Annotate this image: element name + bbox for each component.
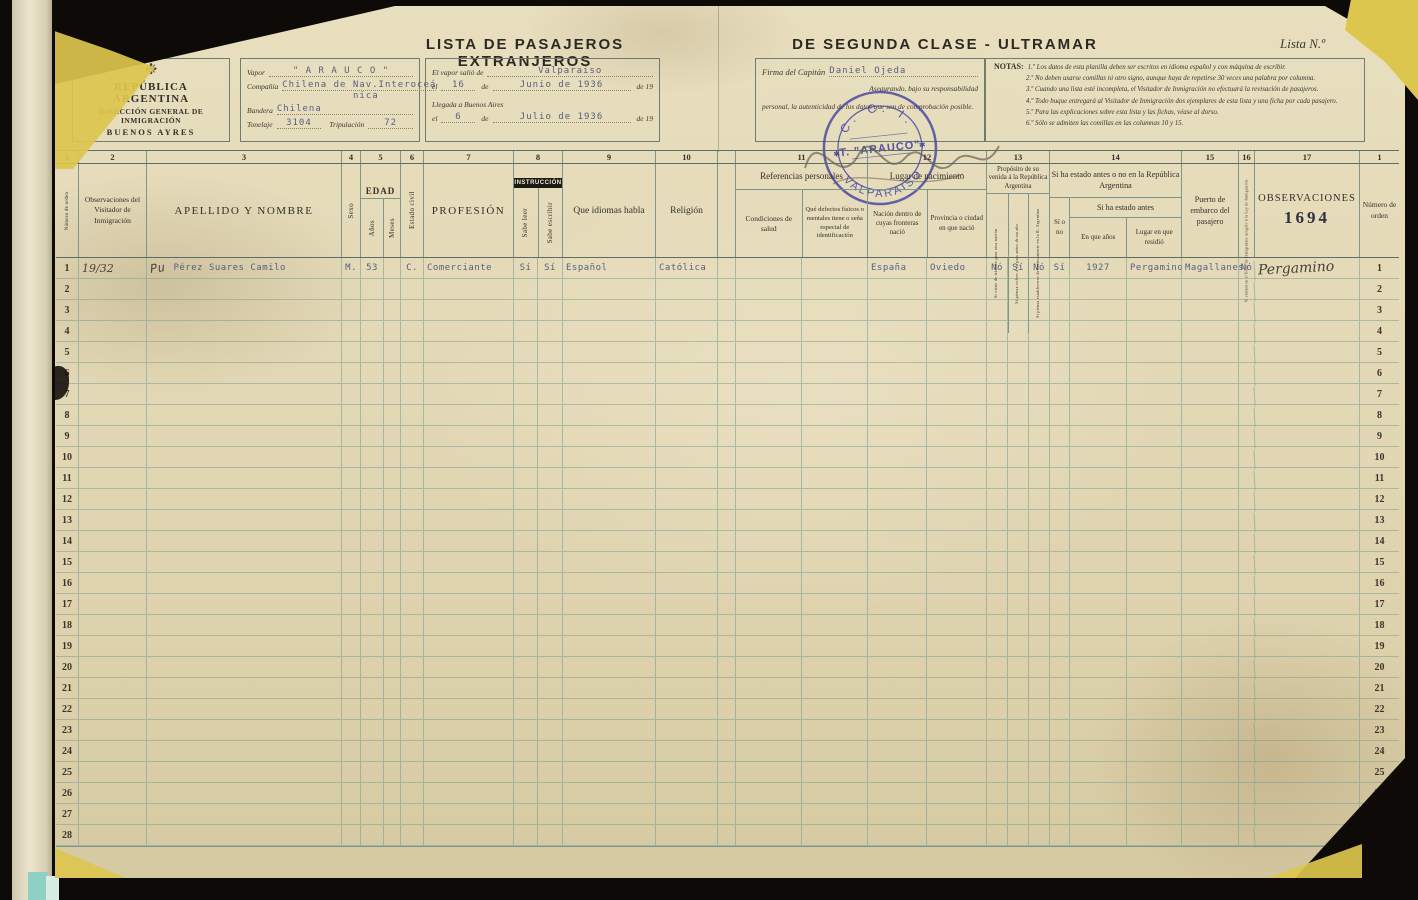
cell-defectos <box>801 447 867 467</box>
column-number: 9 <box>562 151 655 163</box>
cell-hotel <box>1238 720 1254 740</box>
cell-antes_anos <box>1069 426 1126 446</box>
cell-religion <box>655 573 717 593</box>
column-number: 13 <box>986 151 1049 163</box>
cell-religion <box>655 321 717 341</box>
cell-gap <box>717 384 735 404</box>
cell-sino <box>1049 783 1069 803</box>
cell-p13c <box>1028 510 1049 530</box>
cell-estado <box>400 594 423 614</box>
cell-estado <box>400 552 423 572</box>
cell-p13c <box>1028 741 1049 761</box>
cell-provincia <box>926 615 986 635</box>
cell-salud <box>735 699 801 719</box>
cell-p13a <box>986 510 1007 530</box>
cell-n2: 8 <box>1359 405 1399 425</box>
cell-nacion <box>867 468 926 488</box>
cell-gap <box>717 363 735 383</box>
table-row: 1010 <box>56 447 1399 468</box>
cell-antes_anos <box>1069 384 1126 404</box>
cell-p13b <box>1007 699 1028 719</box>
cell-sexo <box>341 573 360 593</box>
cell-gap <box>717 405 735 425</box>
cell-hotel <box>1238 804 1254 824</box>
cell-obs_visitador <box>78 300 146 320</box>
cell-anos <box>360 825 383 845</box>
cell-p13c <box>1028 321 1049 341</box>
cell-antes_anos <box>1069 468 1126 488</box>
cell-sino <box>1049 342 1069 362</box>
col-nacion: Nación dentro de cuyas fronteras nació <box>868 190 927 257</box>
cell-nacion <box>867 594 926 614</box>
cell-anos <box>360 657 383 677</box>
cell-p13b <box>1007 447 1028 467</box>
cell-estado <box>400 531 423 551</box>
cell-obs_visitador <box>78 741 146 761</box>
cell-anos <box>360 615 383 635</box>
cell-meses <box>383 762 400 782</box>
cell-idiomas <box>562 342 655 362</box>
col-anos: Años <box>368 220 377 236</box>
cell-antes_anos <box>1069 321 1126 341</box>
cell-p13a <box>986 699 1007 719</box>
cell-idiomas <box>562 363 655 383</box>
cell-n2: 15 <box>1359 552 1399 572</box>
cell-escribe <box>537 384 562 404</box>
cell-n2: 22 <box>1359 699 1399 719</box>
nota-4: 4.º Todo buque entregará al Visitador de… <box>1026 96 1356 107</box>
cell-idiomas <box>562 321 655 341</box>
cell-residio <box>1126 342 1181 362</box>
cell-salud <box>735 720 801 740</box>
tripulacion-label: Tripulación <box>329 120 364 129</box>
cell-defectos <box>801 510 867 530</box>
cell-idiomas <box>562 405 655 425</box>
cell-residio <box>1126 636 1181 656</box>
cell-nacion <box>867 657 926 677</box>
cell-sexo <box>341 615 360 635</box>
cell-defectos <box>801 720 867 740</box>
voyage-box: El vapor salió de Valparaiso el 16 de Ju… <box>425 58 660 142</box>
cell-antes_anos <box>1069 678 1126 698</box>
bandera-label: Bandera <box>247 106 273 115</box>
cell-estado <box>400 804 423 824</box>
cell-lee <box>513 699 537 719</box>
cell-gap <box>717 594 735 614</box>
col-referencias: Referencias personales <box>736 164 867 190</box>
cell-provincia: Oviedo <box>926 258 986 278</box>
cell-nacion <box>867 405 926 425</box>
cell-salud <box>735 279 801 299</box>
cell-gap <box>717 342 735 362</box>
column-number: 8 <box>513 151 562 163</box>
cell-anos <box>360 804 383 824</box>
cell-idiomas <box>562 636 655 656</box>
col-sabe-leer: Sabe leer <box>521 208 530 237</box>
cell-religion: Católica <box>655 258 717 278</box>
cell-defectos <box>801 594 867 614</box>
column-number: 12 <box>867 151 986 163</box>
cell-residio <box>1126 594 1181 614</box>
cell-meses <box>383 531 400 551</box>
cell-sexo <box>341 804 360 824</box>
cell-escribe <box>537 489 562 509</box>
cell-obs_visitador <box>78 573 146 593</box>
cell-anos <box>360 363 383 383</box>
table-row: 1414 <box>56 531 1399 552</box>
cell-puerto <box>1181 720 1238 740</box>
cell-lee <box>513 468 537 488</box>
col-lugar-residio: Lugar en que residió <box>1126 218 1181 257</box>
cell-sino <box>1049 405 1069 425</box>
cell-sexo <box>341 447 360 467</box>
cell-meses <box>383 321 400 341</box>
cell-hotel <box>1238 573 1254 593</box>
col-en-que-anos: En que años <box>1070 218 1126 257</box>
cell-p13b <box>1007 384 1028 404</box>
cell-anos <box>360 741 383 761</box>
cell-n: 8 <box>56 405 78 425</box>
cell-provincia <box>926 636 986 656</box>
cell-p13c <box>1028 783 1049 803</box>
cell-escribe <box>537 405 562 425</box>
cell-nacion <box>867 342 926 362</box>
cell-escribe <box>537 468 562 488</box>
cell-profesion <box>423 300 513 320</box>
mes-llegada: Julio de 1936 <box>493 112 631 123</box>
cell-p13b <box>1007 405 1028 425</box>
cell-obs_visitador: 19/32 <box>78 258 146 278</box>
cell-residio <box>1126 363 1181 383</box>
cell-hotel <box>1238 741 1254 761</box>
cell-meses <box>383 804 400 824</box>
cell-p13c <box>1028 699 1049 719</box>
cell-nacion <box>867 384 926 404</box>
cell-defectos <box>801 636 867 656</box>
cell-obs_visitador <box>78 552 146 572</box>
cell-hotel <box>1238 636 1254 656</box>
cell-n: 20 <box>56 657 78 677</box>
cell-provincia <box>926 762 986 782</box>
cell-religion <box>655 384 717 404</box>
cell-meses <box>383 720 400 740</box>
cell-religion <box>655 594 717 614</box>
cell-provincia <box>926 699 986 719</box>
cell-meses <box>383 447 400 467</box>
cell-escribe <box>537 699 562 719</box>
cell-nombre <box>146 384 341 404</box>
cell-provincia <box>926 741 986 761</box>
cell-puerto <box>1181 741 1238 761</box>
cell-antes_anos <box>1069 657 1126 677</box>
cell-defectos <box>801 300 867 320</box>
cell-salud <box>735 384 801 404</box>
cell-p13a <box>986 804 1007 824</box>
cell-sino <box>1049 531 1069 551</box>
cell-nombre <box>146 426 341 446</box>
cell-nombre <box>146 279 341 299</box>
compania-label: Compañía <box>247 82 278 91</box>
cell-n2: 20 <box>1359 657 1399 677</box>
col-numero-orden-left: Número de orden <box>65 191 70 229</box>
cell-religion <box>655 489 717 509</box>
cell-estado <box>400 300 423 320</box>
cell-idiomas <box>562 573 655 593</box>
cell-nacion <box>867 804 926 824</box>
cell-gap <box>717 552 735 572</box>
cell-antes_anos <box>1069 489 1126 509</box>
tonelaje-value: 3104 <box>277 118 322 129</box>
cell-p13a <box>986 447 1007 467</box>
cell-provincia <box>926 825 986 845</box>
cell-defectos <box>801 468 867 488</box>
cell-antes_anos <box>1069 741 1126 761</box>
cell-n2: 4 <box>1359 321 1399 341</box>
cell-puerto <box>1181 447 1238 467</box>
cell-p13c <box>1028 594 1049 614</box>
cell-defectos <box>801 762 867 782</box>
cell-sexo <box>341 510 360 530</box>
col-nacimiento: Lugar de nacimiento <box>868 164 986 190</box>
cell-obs_visitador <box>78 510 146 530</box>
cell-nacion <box>867 783 926 803</box>
cell-estado <box>400 489 423 509</box>
cell-idiomas <box>562 825 655 845</box>
table-row: 1919 <box>56 636 1399 657</box>
cell-obs_visitador <box>78 447 146 467</box>
de-label: de <box>481 82 488 91</box>
table-row: 2323 <box>56 720 1399 741</box>
cell-n2: 21 <box>1359 678 1399 698</box>
cell-religion <box>655 678 717 698</box>
cell-profesion <box>423 657 513 677</box>
cell-religion <box>655 426 717 446</box>
cell-gap <box>717 426 735 446</box>
col-idiomas: Que idiomas habla <box>563 164 655 257</box>
cell-defectos <box>801 489 867 509</box>
cell-profesion <box>423 552 513 572</box>
cell-salud <box>735 741 801 761</box>
cell-religion <box>655 636 717 656</box>
cell-defectos <box>801 783 867 803</box>
de19-label: de 19 <box>637 82 653 91</box>
col-puerto: Puerto de embarco del pasajero <box>1182 164 1238 257</box>
cell-gap <box>717 258 735 278</box>
cell-hotel <box>1238 510 1254 530</box>
cell-nacion <box>867 552 926 572</box>
cell-p13b <box>1007 720 1028 740</box>
cell-anos <box>360 531 383 551</box>
pale-bookmark <box>46 876 59 900</box>
cell-hotel <box>1238 405 1254 425</box>
cell-sexo <box>341 741 360 761</box>
col-religion: Religión <box>656 164 717 257</box>
cell-sino <box>1049 636 1069 656</box>
el-label-2: el <box>432 114 437 123</box>
cell-antes_anos <box>1069 636 1126 656</box>
cell-puerto <box>1181 573 1238 593</box>
cell-sexo <box>341 699 360 719</box>
cell-n: 9 <box>56 426 78 446</box>
cell-antes_anos: 1927 <box>1069 258 1126 278</box>
cell-profesion <box>423 405 513 425</box>
cell-meses <box>383 258 400 278</box>
col-instruccion: INSTRUCCIÓN <box>514 178 562 188</box>
cell-n2: 13 <box>1359 510 1399 530</box>
cell-antes_anos <box>1069 300 1126 320</box>
cell-profesion <box>423 363 513 383</box>
cell-salud <box>735 825 801 845</box>
col-salud: Condiciones de salud <box>736 190 802 257</box>
cell-sino <box>1049 510 1069 530</box>
cell-p13a <box>986 615 1007 635</box>
cell-gap <box>717 489 735 509</box>
cell-profesion <box>423 531 513 551</box>
nota-1: 1.º Los datos de esta planilla deben ser… <box>1026 62 1356 73</box>
cell-sexo <box>341 762 360 782</box>
cell-gap <box>717 468 735 488</box>
cell-provincia <box>926 279 986 299</box>
cell-hotel <box>1238 468 1254 488</box>
cell-profesion <box>423 426 513 446</box>
col-sexo: Sexo <box>347 203 355 219</box>
cell-n2: 23 <box>1359 720 1399 740</box>
cell-anos <box>360 699 383 719</box>
cell-n: 11 <box>56 468 78 488</box>
cell-p13a <box>986 468 1007 488</box>
cell-antes_anos <box>1069 783 1126 803</box>
cell-obs_visitador <box>78 699 146 719</box>
cell-puerto <box>1181 615 1238 635</box>
cell-nombre <box>146 363 341 383</box>
cell-antes_anos <box>1069 510 1126 530</box>
cell-idiomas <box>562 699 655 719</box>
cell-profesion <box>423 804 513 824</box>
cell-p13b <box>1007 636 1028 656</box>
cell-sexo <box>341 678 360 698</box>
cell-p13a <box>986 426 1007 446</box>
column-number: 5 <box>360 151 400 163</box>
cell-n: 24 <box>56 741 78 761</box>
vapor-label: Vapor <box>247 68 265 77</box>
cell-n2: 11 <box>1359 468 1399 488</box>
col-apellido-nombre: APELLIDO Y NOMBRE <box>147 164 341 257</box>
cell-n: 21 <box>56 678 78 698</box>
cell-p13c <box>1028 363 1049 383</box>
cell-sexo <box>341 384 360 404</box>
cell-escribe <box>537 279 562 299</box>
cell-nombre <box>146 573 341 593</box>
cell-residio <box>1126 447 1181 467</box>
cell-gap <box>717 615 735 635</box>
cell-meses <box>383 825 400 845</box>
cell-lee <box>513 573 537 593</box>
cell-idiomas <box>562 657 655 677</box>
cell-escribe <box>537 531 562 551</box>
cell-salud <box>735 426 801 446</box>
cell-obs_visitador <box>78 804 146 824</box>
cell-idiomas <box>562 468 655 488</box>
llegada-label: Llegada a Buenos Aires <box>432 100 503 109</box>
cell-n: 23 <box>56 720 78 740</box>
cell-hotel <box>1238 762 1254 782</box>
cell-provincia <box>926 531 986 551</box>
cell-anos <box>360 405 383 425</box>
table-row: 66 <box>56 363 1399 384</box>
cell-provincia <box>926 363 986 383</box>
cell-sexo <box>341 720 360 740</box>
cell-residio <box>1126 510 1181 530</box>
cell-defectos <box>801 741 867 761</box>
cell-hotel <box>1238 300 1254 320</box>
col-spacer <box>717 164 735 257</box>
cell-p13c <box>1028 384 1049 404</box>
cell-nombre <box>146 657 341 677</box>
cell-n: 14 <box>56 531 78 551</box>
cell-lee <box>513 636 537 656</box>
cell-nombre <box>146 489 341 509</box>
cell-nombre <box>146 783 341 803</box>
cell-obs_visitador <box>78 279 146 299</box>
cell-puerto <box>1181 342 1238 362</box>
handwritten-mark: Pu <box>149 260 166 276</box>
col-sabe-escribir: Sabe escribir <box>546 202 555 244</box>
cell-p13c <box>1028 468 1049 488</box>
cell-lee <box>513 678 537 698</box>
cell-p13b <box>1007 552 1028 572</box>
cell-obs_visitador <box>78 594 146 614</box>
cell-n: 26 <box>56 783 78 803</box>
cell-idiomas <box>562 720 655 740</box>
column-number: 16 <box>1238 151 1254 163</box>
cell-nombre <box>146 825 341 845</box>
cell-idiomas <box>562 426 655 446</box>
cell-provincia <box>926 447 986 467</box>
cell-escribe <box>537 363 562 383</box>
cell-n: 17 <box>56 594 78 614</box>
cell-salud <box>735 258 801 278</box>
cell-nacion <box>867 510 926 530</box>
cell-p13a <box>986 678 1007 698</box>
cell-sino <box>1049 489 1069 509</box>
cell-sino <box>1049 825 1069 845</box>
cell-antes_anos <box>1069 279 1126 299</box>
column-number-row: 12345678910111213141516171 <box>56 150 1399 164</box>
cell-profesion <box>423 279 513 299</box>
cell-religion <box>655 720 717 740</box>
ledger-page: LISTA DE PASAJEROS EXTRANJEROS DE SEGUND… <box>55 6 1405 878</box>
cell-defectos <box>801 657 867 677</box>
cell-lee <box>513 300 537 320</box>
cell-meses <box>383 510 400 530</box>
cell-lee <box>513 720 537 740</box>
cell-profesion <box>423 783 513 803</box>
cell-hotel <box>1238 363 1254 383</box>
list-number-stamp: 1694 <box>1284 208 1330 228</box>
cell-estado <box>400 405 423 425</box>
tape-bottom-left <box>55 848 125 878</box>
cell-anos <box>360 447 383 467</box>
cell-n: 22 <box>56 699 78 719</box>
cell-hotel <box>1238 825 1254 845</box>
cell-gap <box>717 804 735 824</box>
cell-obs_visitador <box>78 657 146 677</box>
cell-n: 28 <box>56 825 78 845</box>
notas-box: NOTAS: 1.º Los datos de esta planilla de… <box>985 58 1365 142</box>
cell-p13b <box>1007 657 1028 677</box>
cell-obs_visitador <box>78 531 146 551</box>
cell-anos <box>360 489 383 509</box>
